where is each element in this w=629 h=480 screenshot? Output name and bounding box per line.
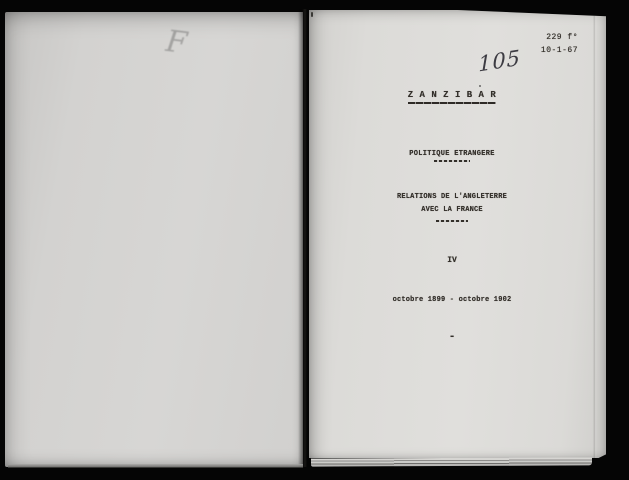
paper-speck — [479, 85, 481, 87]
folio-count-note: 229 f° — [541, 31, 578, 44]
faint-pencil-mark: F — [164, 24, 189, 61]
date-stamp-note: 10-1-67 — [541, 44, 578, 57]
left-page-bottom-edge — [8, 464, 303, 468]
page-crease — [593, 10, 597, 458]
right-page — [309, 10, 606, 458]
paper-speck — [311, 12, 313, 17]
stacked-page-edges — [311, 457, 592, 466]
archival-scan-spread: F 229 f° 10-1-67 105 Z A N Z I B A R POL… — [0, 0, 629, 480]
corner-reference: 229 f° 10-1-67 — [541, 31, 578, 57]
left-page: F — [5, 12, 303, 467]
